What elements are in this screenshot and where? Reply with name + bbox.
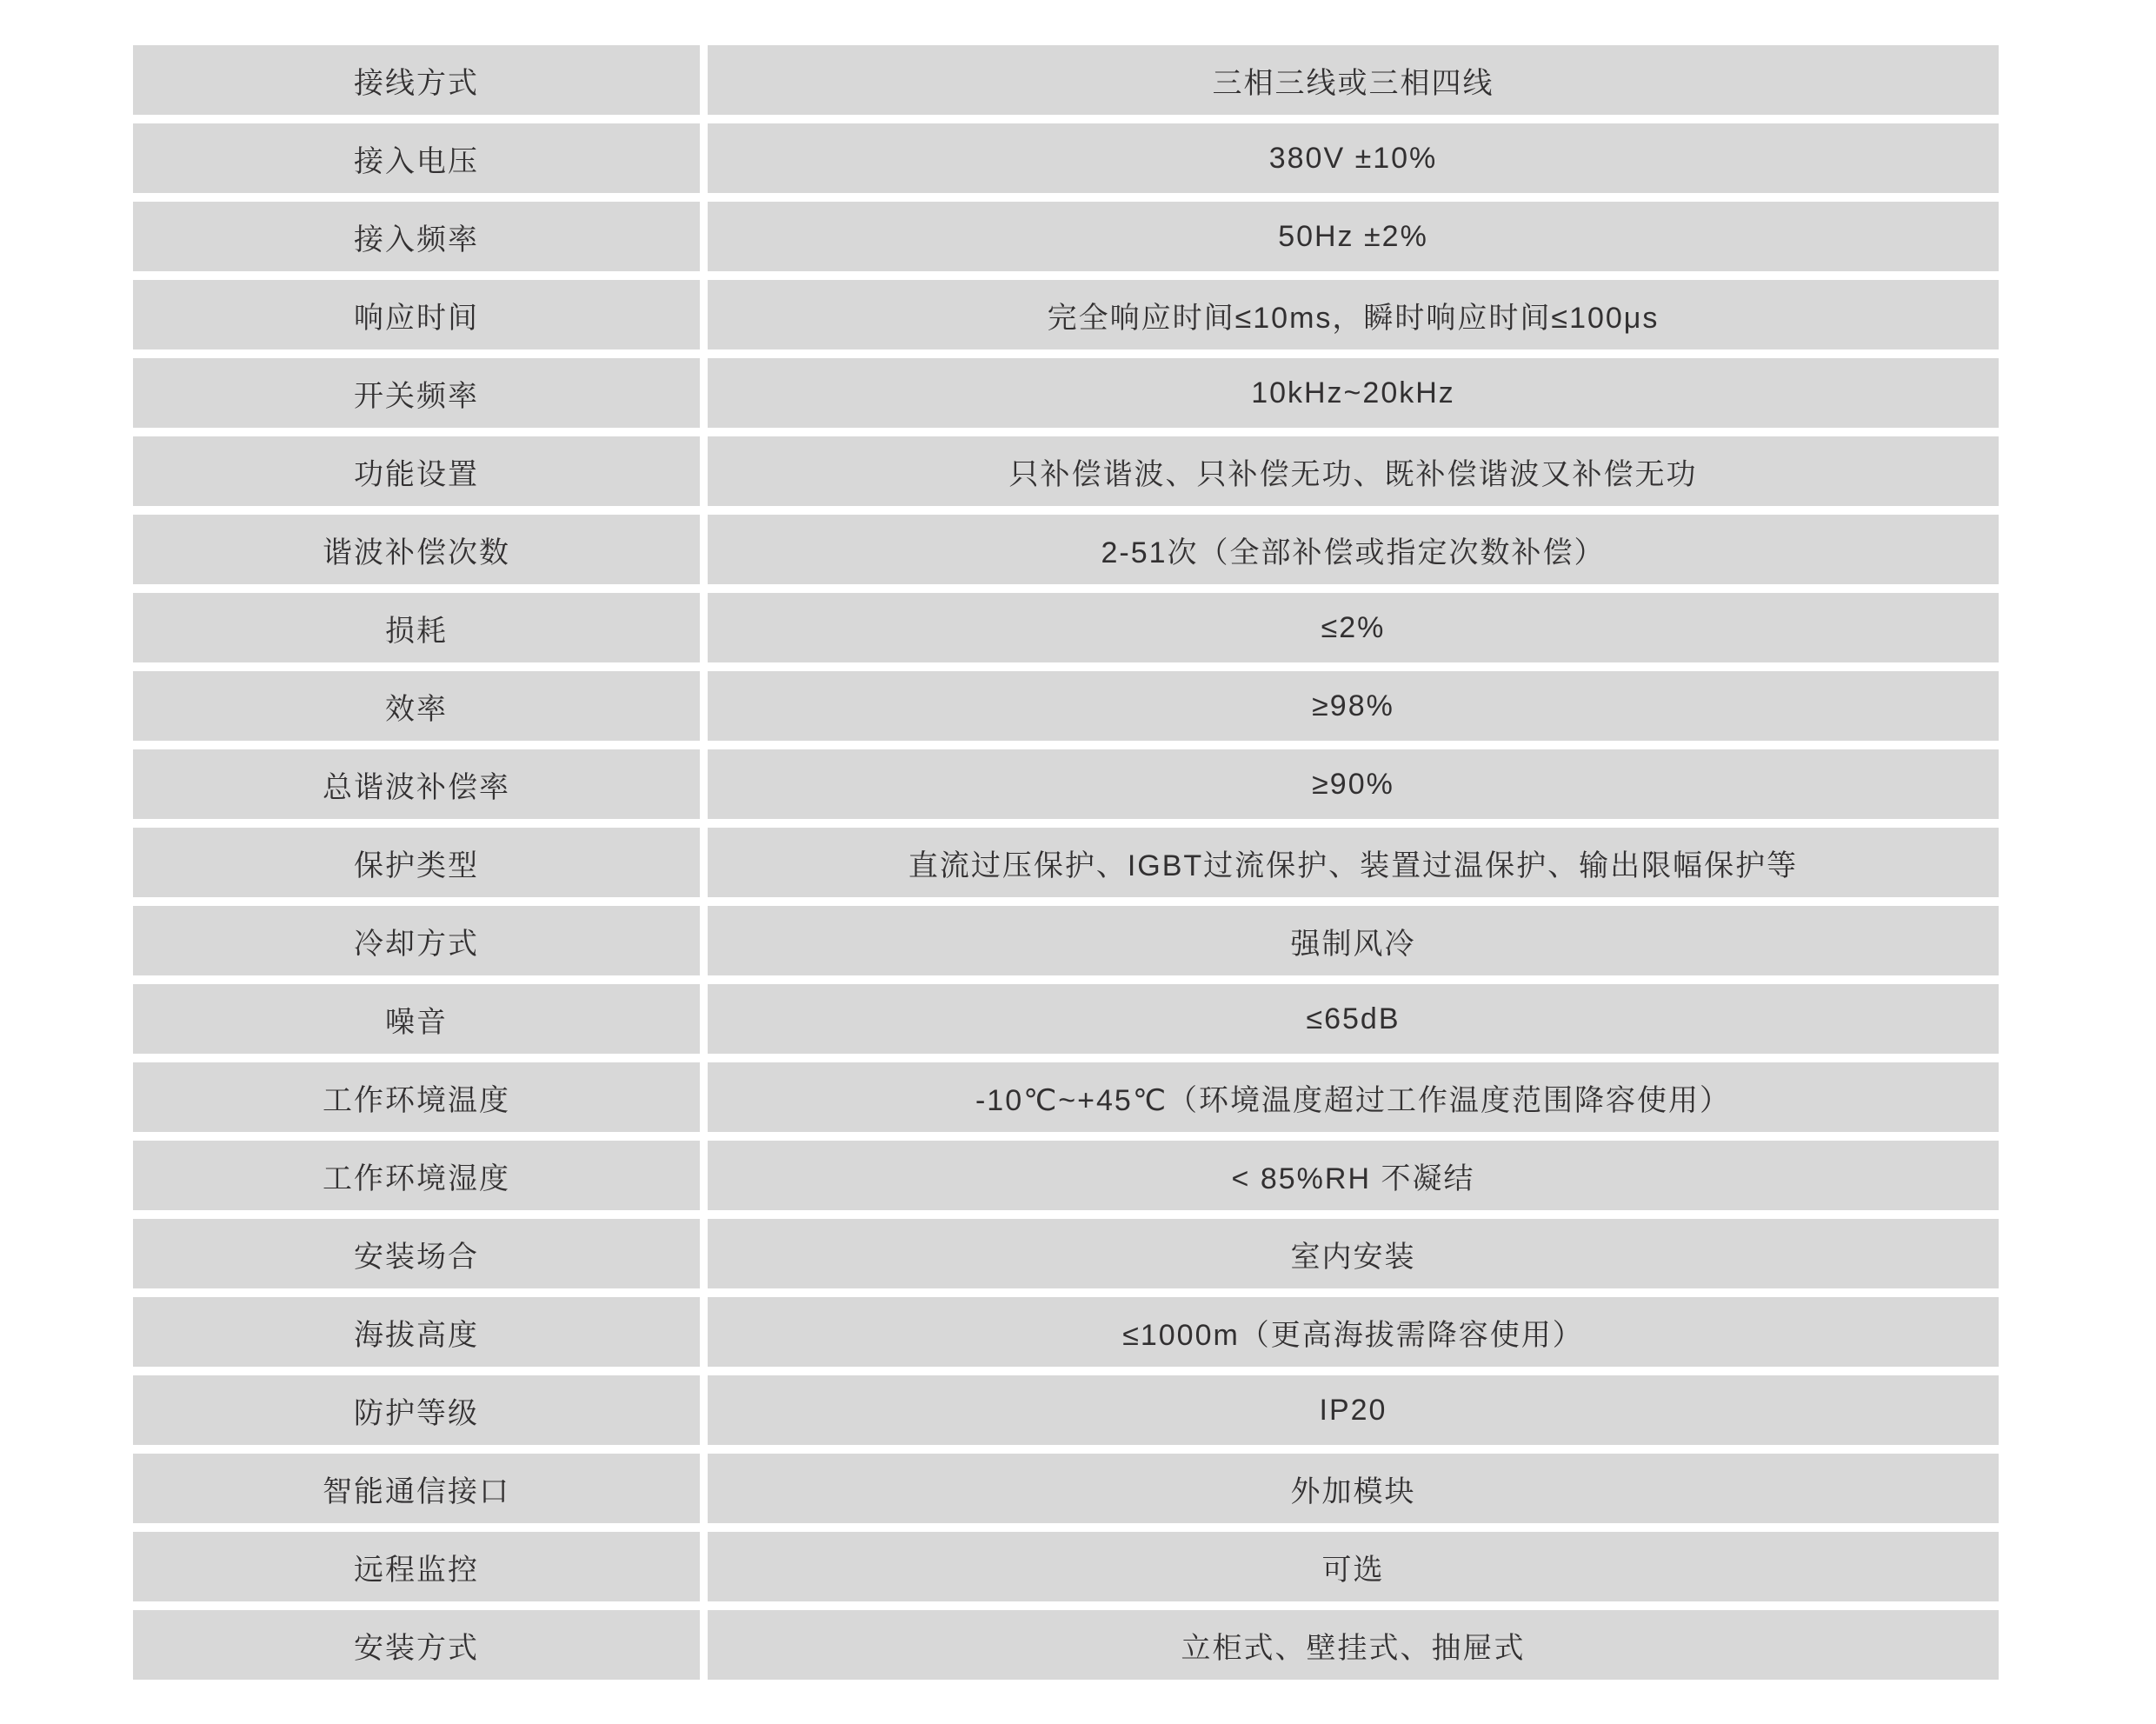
spec-parameter-label: 功能设置 <box>133 436 700 506</box>
spec-parameter-value: 直流过压保护、IGBT过流保护、装置过温保护、输出限幅保护等 <box>708 828 1999 897</box>
spec-parameter-label: 接入频率 <box>133 202 700 271</box>
spec-table-row: 保护类型 直流过压保护、IGBT过流保护、装置过温保护、输出限幅保护等 <box>133 828 1999 897</box>
spec-parameter-label: 防护等级 <box>133 1375 700 1445</box>
spec-parameter-value: 380V ±10% <box>708 123 1999 193</box>
spec-table-row: 接入电压 380V ±10% <box>133 123 1999 193</box>
spec-parameter-label: 安装场合 <box>133 1219 700 1288</box>
spec-table-row: 海拔高度 ≤1000m（更高海拔需降容使用） <box>133 1297 1999 1367</box>
spec-parameter-label: 损耗 <box>133 593 700 662</box>
spec-parameter-label: 海拔高度 <box>133 1297 700 1367</box>
spec-parameter-value: ≥98% <box>708 671 1999 741</box>
spec-parameter-value: 只补偿谐波、只补偿无功、既补偿谐波又补偿无功 <box>708 436 1999 506</box>
spec-parameter-label: 总谐波补偿率 <box>133 749 700 819</box>
spec-table-row: 工作环境湿度 < 85%RH 不凝结 <box>133 1141 1999 1210</box>
spec-table-row: 冷却方式 强制风冷 <box>133 906 1999 975</box>
spec-table-row: 远程监控 可选 <box>133 1532 1999 1601</box>
specification-table: 接线方式 三相三线或三相四线 接入电压 380V ±10% 接入频率 50Hz … <box>133 45 1999 1680</box>
spec-parameter-label: 冷却方式 <box>133 906 700 975</box>
spec-parameter-value: ≥90% <box>708 749 1999 819</box>
spec-table-row: 噪音 ≤65dB <box>133 984 1999 1054</box>
spec-parameter-label: 谐波补偿次数 <box>133 515 700 584</box>
spec-parameter-value: IP20 <box>708 1375 1999 1445</box>
spec-parameter-value: ≤1000m（更高海拔需降容使用） <box>708 1297 1999 1367</box>
spec-parameter-value: ≤65dB <box>708 984 1999 1054</box>
spec-parameter-value: 2-51次（全部补偿或指定次数补偿） <box>708 515 1999 584</box>
spec-parameter-value: 三相三线或三相四线 <box>708 45 1999 115</box>
spec-parameter-value: 完全响应时间≤10ms，瞬时响应时间≤100μs <box>708 280 1999 349</box>
spec-parameter-value: 立柜式、壁挂式、抽屉式 <box>708 1610 1999 1680</box>
spec-parameter-label: 开关频率 <box>133 358 700 428</box>
spec-parameter-label: 远程监控 <box>133 1532 700 1601</box>
spec-parameter-label: 响应时间 <box>133 280 700 349</box>
spec-parameter-value: 强制风冷 <box>708 906 1999 975</box>
spec-parameter-value: 室内安装 <box>708 1219 1999 1288</box>
spec-parameter-label: 工作环境湿度 <box>133 1141 700 1210</box>
spec-parameter-value: 可选 <box>708 1532 1999 1601</box>
spec-table-row: 损耗 ≤2% <box>133 593 1999 662</box>
spec-parameter-label: 保护类型 <box>133 828 700 897</box>
spec-parameter-value: 外加模块 <box>708 1454 1999 1523</box>
spec-parameter-value: ≤2% <box>708 593 1999 662</box>
spec-parameter-value: 10kHz~20kHz <box>708 358 1999 428</box>
spec-parameter-value: < 85%RH 不凝结 <box>708 1141 1999 1210</box>
spec-parameter-label: 效率 <box>133 671 700 741</box>
spec-parameter-label: 接入电压 <box>133 123 700 193</box>
spec-parameter-label: 噪音 <box>133 984 700 1054</box>
spec-table-row: 安装方式 立柜式、壁挂式、抽屉式 <box>133 1610 1999 1680</box>
spec-table-row: 响应时间 完全响应时间≤10ms，瞬时响应时间≤100μs <box>133 280 1999 349</box>
spec-table-row: 智能通信接口 外加模块 <box>133 1454 1999 1523</box>
spec-table-row: 防护等级 IP20 <box>133 1375 1999 1445</box>
spec-parameter-label: 工作环境温度 <box>133 1062 700 1132</box>
spec-table-row: 安装场合 室内安装 <box>133 1219 1999 1288</box>
spec-table-row: 效率 ≥98% <box>133 671 1999 741</box>
spec-parameter-label: 安装方式 <box>133 1610 700 1680</box>
spec-table-row: 接线方式 三相三线或三相四线 <box>133 45 1999 115</box>
spec-parameter-label: 智能通信接口 <box>133 1454 700 1523</box>
spec-table-row: 开关频率 10kHz~20kHz <box>133 358 1999 428</box>
spec-parameter-value: -10℃~+45℃（环境温度超过工作温度范围降容使用） <box>708 1062 1999 1132</box>
spec-parameter-label: 接线方式 <box>133 45 700 115</box>
spec-table-row: 总谐波补偿率 ≥90% <box>133 749 1999 819</box>
spec-table-row: 功能设置 只补偿谐波、只补偿无功、既补偿谐波又补偿无功 <box>133 436 1999 506</box>
spec-table-row: 谐波补偿次数 2-51次（全部补偿或指定次数补偿） <box>133 515 1999 584</box>
spec-table-row: 工作环境温度 -10℃~+45℃（环境温度超过工作温度范围降容使用） <box>133 1062 1999 1132</box>
spec-parameter-value: 50Hz ±2% <box>708 202 1999 271</box>
spec-table-row: 接入频率 50Hz ±2% <box>133 202 1999 271</box>
